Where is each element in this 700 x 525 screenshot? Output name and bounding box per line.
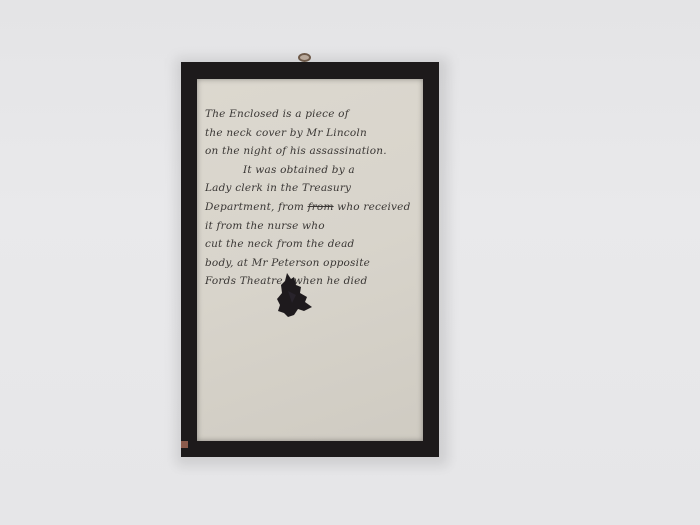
note-line: Lady clerk in the Treasury: [205, 179, 419, 198]
note-line: Department, from from who received: [205, 198, 419, 217]
note-line: the neck cover by Mr Lincoln: [205, 124, 419, 143]
note-line-text: who received: [337, 201, 410, 213]
frame-chip: [181, 441, 188, 448]
cloth-fragment: [274, 271, 314, 321]
struck-word: from: [308, 201, 334, 213]
hanging-ring-icon: [298, 53, 311, 62]
photo-scene: The Enclosed is a piece of the neck cove…: [0, 0, 700, 525]
note-line: it from the nurse who: [205, 217, 419, 236]
handwritten-note-paper: The Enclosed is a piece of the neck cove…: [197, 79, 423, 441]
note-line: body, at Mr Peterson opposite: [205, 254, 419, 273]
handwritten-text: The Enclosed is a piece of the neck cove…: [205, 105, 419, 291]
note-line: on the night of his assassination.: [205, 142, 419, 161]
note-line: cut the neck from the dead: [205, 235, 419, 254]
note-line: It was obtained by a: [205, 161, 419, 180]
note-line-text: Department, from: [205, 201, 304, 213]
picture-frame: The Enclosed is a piece of the neck cove…: [181, 62, 439, 457]
note-line: The Enclosed is a piece of: [205, 105, 419, 124]
